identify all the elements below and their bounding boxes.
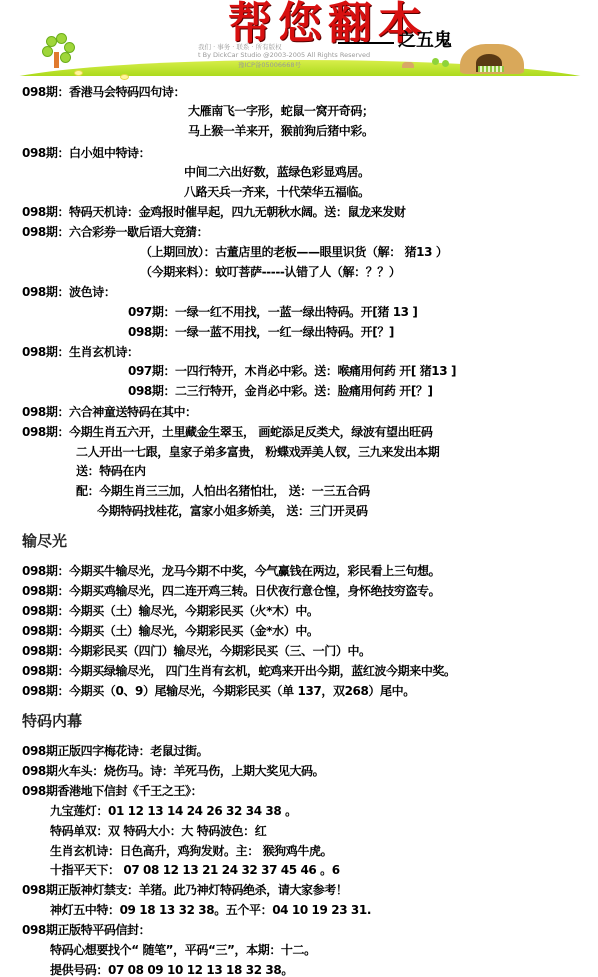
text-line: 098期香港地下信封《千王之王》： (22, 783, 202, 799)
text-line: 098期：今期买（土）输尽光，今期彩民买（火*木）中。 (22, 603, 319, 619)
section-heading: 输尽光 (22, 530, 67, 551)
bench-illustration (402, 62, 414, 68)
text-line: 098期：香港马会特码四句诗： (22, 84, 185, 100)
text-line: 配：今期生肖三三加，人怕出名猪怕壮， 送：一三五合码 (76, 483, 370, 499)
text-line: 098期：白小姐中特诗： (22, 145, 150, 161)
small-tree-icon (432, 58, 439, 65)
text-line: 十指平天下： 07 08 12 13 21 24 32 37 45 46 。6 (50, 862, 340, 878)
text-line: 二人开出一七跟，皇家子弟多富贵， 粉蝶戏弄美人钗，三九来发出本期 (76, 444, 439, 460)
text-line: 生肖玄机诗：日色高升，鸡狗发财。主： 猴狗鸡牛虎。 (50, 843, 332, 859)
text-line: 098期：波色诗： (22, 284, 115, 300)
text-line: 098期正版四字梅花诗：老鼠过街。 (22, 743, 208, 759)
banner-bottom-edge (0, 76, 598, 80)
text-line: 098期：生肖玄机诗： (22, 344, 139, 360)
text-line: 098期：今期买（土）输尽光，今期彩民买（金*水）中。 (22, 623, 319, 639)
small-tree-icon (442, 60, 449, 67)
text-line: 098期：六合彩券一歇后语大竞猜： (22, 224, 208, 240)
tree-illustration (40, 36, 74, 70)
text-line: 今期特码找桂花，富家小姐多娇美， 送：三门开灵码 (97, 503, 368, 519)
text-line: 送：特码在内 (76, 463, 146, 479)
flower-decoration (74, 70, 83, 76)
icp-license: 豫ICP备05006668号 (238, 60, 301, 69)
text-line: 097期：一绿一红不用找，一蓝一绿出特码。开[猪 13 ] (128, 304, 417, 320)
title-dash (338, 42, 394, 44)
bear-house-illustration (460, 44, 524, 74)
text-line: 中间二六出好数，蓝绿色彩显鸡居。 (184, 164, 370, 180)
text-line: 098期：今期买鸡输尽光，四二连开鸡三转。日伏夜行意仓惶，身怀绝技穷盗专。 (22, 583, 440, 599)
text-line: 098期：六合神童送特码在其中： (22, 404, 197, 420)
header-banner: 我们 · 事务 · 联系 · 所有版权 t By DickCar Studio … (0, 0, 598, 80)
text-line: 098期：一绿一蓝不用找，一红一绿出特码。开[？] (128, 324, 394, 340)
text-line: 特码单双：双 特码大小：大 特码波色：红 (50, 823, 266, 839)
text-line: 098期：今期彩民买（四门）输尽光，今期彩民买（三、一门）中。 (22, 643, 371, 659)
text-line: （今期来料）：蚊叮菩萨-----认错了人（解：？？） (140, 264, 401, 280)
text-line: 提供号码：07 08 09 10 12 13 18 32 38。 (50, 962, 293, 977)
text-line: 098期：今期买（0、9）尾输尽光，今期彩民买（单 137，双268）尾中。 (22, 683, 415, 699)
flower-decoration (120, 74, 129, 80)
text-line: 九宝莲灯：01 12 13 14 24 26 32 34 38 。 (50, 803, 297, 819)
text-line: 098期：今期买绿输尽光， 四门生肖有玄机，蛇鸡来开出今期，蓝红波今期来中奖。 (22, 663, 456, 679)
text-line: 八路天兵一齐来，十代荣华五福临。 (184, 184, 370, 200)
section-heading: 特码内幕 (22, 710, 82, 731)
text-line: 098期：特码天机诗：金鸡报时催早起，四九无朝秋水阔。送：鼠龙来发财 (22, 204, 405, 220)
text-line: 大雁南飞一字形，蛇鼠一窝开奇码； (188, 103, 374, 119)
text-line: 098期火车头：烧伤马。诗：羊死马伤，上期大奖见大码。 (22, 763, 324, 779)
text-line: 神灯五中特：09 18 13 32 38。五个平：04 10 19 23 31. (50, 902, 371, 918)
text-line: 098期：二三行特开，金肖必中彩。送：脸痛用何药 开[？] (128, 383, 433, 399)
text-line: 马上猴一羊来开，猴前狗后猪中彩。 (188, 123, 374, 139)
text-line: 098期：今期买牛输尽光，龙马今期不中奖，今气赢钱在两边，彩民看上三句想。 (22, 563, 440, 579)
text-line: 097期：一四行特开，木肖必中彩。送：喉痛用何药 开[ 猪13 ] (128, 363, 456, 379)
site-subtitle: 之五鬼 (398, 26, 452, 52)
text-line: （上期回放）：古董店里的老板——眼里识货（解： 猪13 ） (140, 244, 447, 260)
text-line: 特码心想要找个“ 随笔”，平码“三”，本期：十二。 (50, 942, 316, 958)
text-line: 098期正版特平码信封： (22, 922, 150, 938)
text-line: 098期正版神灯禁支：羊猪。此乃神灯特码绝杀，请大家参考！ (22, 882, 347, 898)
text-line: 098期：今期生肖五六开，土里藏金生翠玉， 画蛇添足反类犬，绿波有望出旺码 (22, 424, 432, 440)
